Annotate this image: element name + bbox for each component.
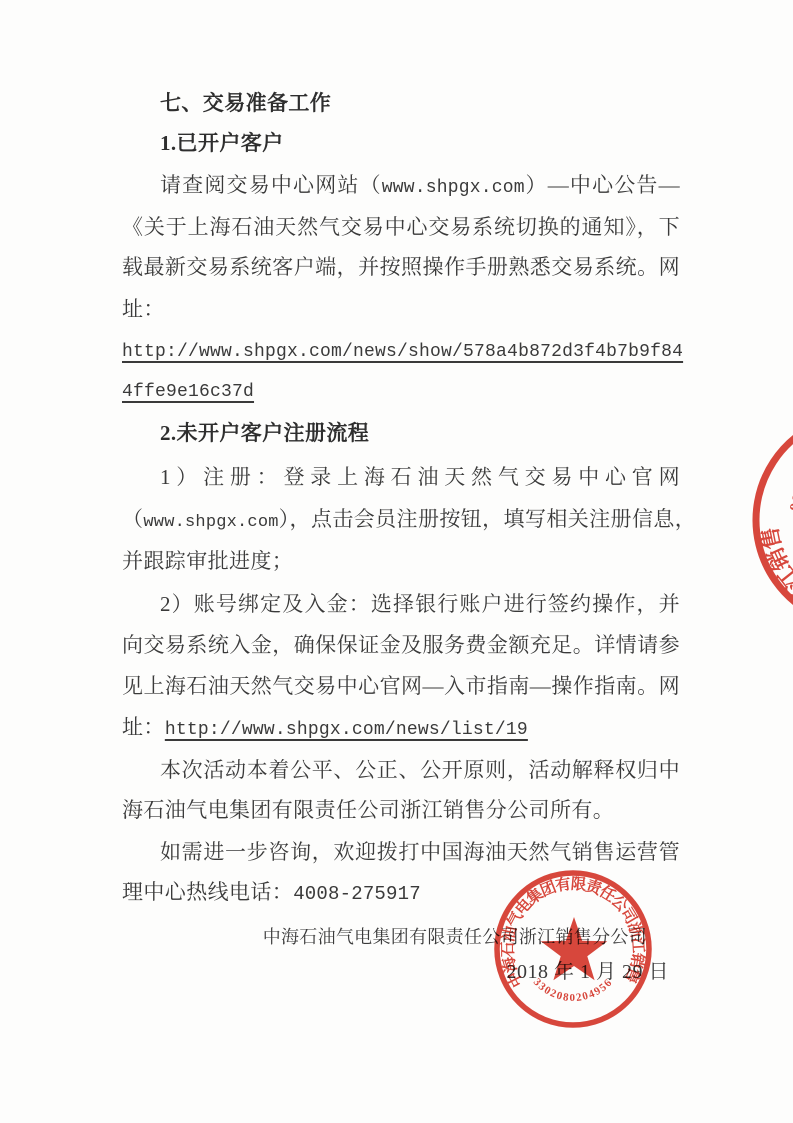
subheading-unregistered: 2.未开户客户注册流程: [122, 418, 680, 448]
doc-line-principle1: 本次活动本着公平、公正、公开原则，活动解释权归中: [122, 755, 680, 785]
seal-number: 3302080204956: [531, 976, 615, 1004]
official-seal: 中海石油气电集团有限责任公司浙江销售分公司 3302080204956: [487, 862, 659, 1034]
url-trading-system-notice-line2: 4ffe9e16c37d: [122, 377, 680, 407]
doc-line-principle2: 海石油气电集团有限责任公司浙江销售分公司所有。: [122, 795, 680, 825]
seal-star-icon: [541, 917, 608, 980]
hotline-number: 4008-275917: [293, 883, 421, 905]
scanned-document-page: 七、交易准备工作 1.已开户客户 请查阅交易中心网站（www.shpgx.com…: [0, 0, 793, 1123]
doc-line-register1: 1）注册：登录上海石油天然气交易中心官网: [122, 462, 680, 492]
doc-line-fund2: 向交易系统入金，确保保证金及服务费金额充足。详情请参: [122, 630, 680, 660]
seal-ring-text: 中海石油气电集团有限责任公司浙江销售分公司: [487, 862, 648, 990]
website-domain-text: www.shpgx.com: [382, 178, 525, 198]
doc-line-fund1: 2）账号绑定及入金：选择银行账户进行签约操作，并: [122, 589, 680, 619]
seal-ring: [714, 372, 793, 667]
doc-line-addr-label: 址：: [122, 294, 680, 324]
doc-line-register3: 并跟踪审批进度；: [122, 546, 680, 576]
doc-line-notice: 《关于上海石油天然气交易中心交易系统切换的通知》，下: [122, 212, 680, 242]
doc-line-register2: （www.shpgx.com），点击会员注册按钮，填写相关注册信息，: [122, 504, 680, 534]
section-heading: 七、交易准备工作: [122, 88, 680, 118]
url-market-guide: http://www.shpgx.com/news/list/19: [165, 720, 528, 740]
subheading-registered: 1.已开户客户: [122, 128, 680, 158]
doc-line-download: 载最新交易系统客户端，并按照操作手册熟悉交易系统。网: [122, 252, 680, 282]
seal-ring-text: 中海石油气电集团有限责任公司浙江销售分公司: [742, 368, 793, 736]
doc-line-fund-url: 址：http://www.shpgx.com/news/list/19: [122, 712, 680, 742]
doc-line-fund3: 见上海石油天然气交易中心官网—入市指南—操作指南。网: [122, 671, 680, 701]
doc-line-intro: 请查阅交易中心网站（www.shpgx.com）—中心公告—: [122, 170, 680, 200]
website-domain-text: www.shpgx.com: [143, 513, 278, 532]
url-trading-system-notice-line1: http://www.shpgx.com/news/show/578a4b872…: [122, 337, 680, 367]
